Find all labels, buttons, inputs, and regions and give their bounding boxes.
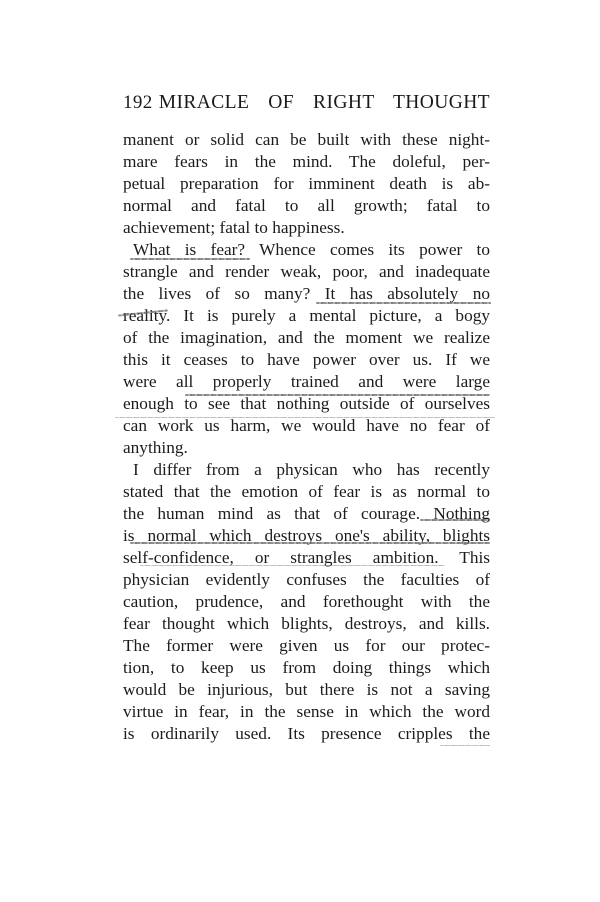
text-line: tion, to keep us from doing things which [123,657,490,679]
text-line: this it ceases to have power over us. If… [123,349,490,371]
pencil-underline [316,302,491,304]
text-line: strangle and render weak, poor, and inad… [123,261,490,283]
pencil-underline [420,519,490,521]
pencil-underline [440,745,490,746]
text-line: anything. [123,437,490,459]
pencil-underline [130,258,250,260]
text-line: achievement; fatal to happiness. [123,217,490,239]
text-line: petual preparation for imminent death is… [123,173,490,195]
paragraph-start-line: I differ from a physican who has recentl… [123,459,490,481]
text-line: caution, prudence, and forethought with … [123,591,490,613]
text-line: the human mind as that of courage. Nothi… [123,503,490,525]
text-line: normal and fatal to all growth; fatal to [123,195,490,217]
text-line: fear thought which blights, destroys, an… [123,613,490,635]
body-text: manent or solid can be built with these … [123,129,490,745]
pencil-underline [115,417,495,418]
text-line: would be injurious, but there is not a s… [123,679,490,701]
text-line: can work us harm, we would have no fear … [123,415,490,437]
running-head: 192 MIRACLE OF RIGHT THOUGHT [123,92,490,120]
text-line: mare fears in the mind. The doleful, per… [123,151,490,173]
text-line: physician evidently confuses the faculti… [123,569,490,591]
pencil-underline [140,565,445,566]
page-number: 192 [123,92,153,114]
pencil-underline [130,542,490,544]
text-line: virtue in fear, in the sense in which th… [123,701,490,723]
text-line: stated that the emotion of fear is as no… [123,481,490,503]
text-line: reality. It is purely a mental picture, … [123,305,490,327]
text-line: manent or solid can be built with these … [123,129,490,151]
text-line: were all properly trained and were large [123,371,490,393]
text-line: is ordinarily used. Its presence cripple… [123,723,490,745]
text-line: of the imagination, and the moment we re… [123,327,490,349]
pencil-underline [185,394,490,396]
text-line: enough to see that nothing outside of ou… [123,393,490,415]
text-line: The former were given us for our protec- [123,635,490,657]
running-head-title: MIRACLE OF RIGHT THOUGHT [159,92,490,114]
book-page: 192 MIRACLE OF RIGHT THOUGHT manent or s… [123,92,490,745]
